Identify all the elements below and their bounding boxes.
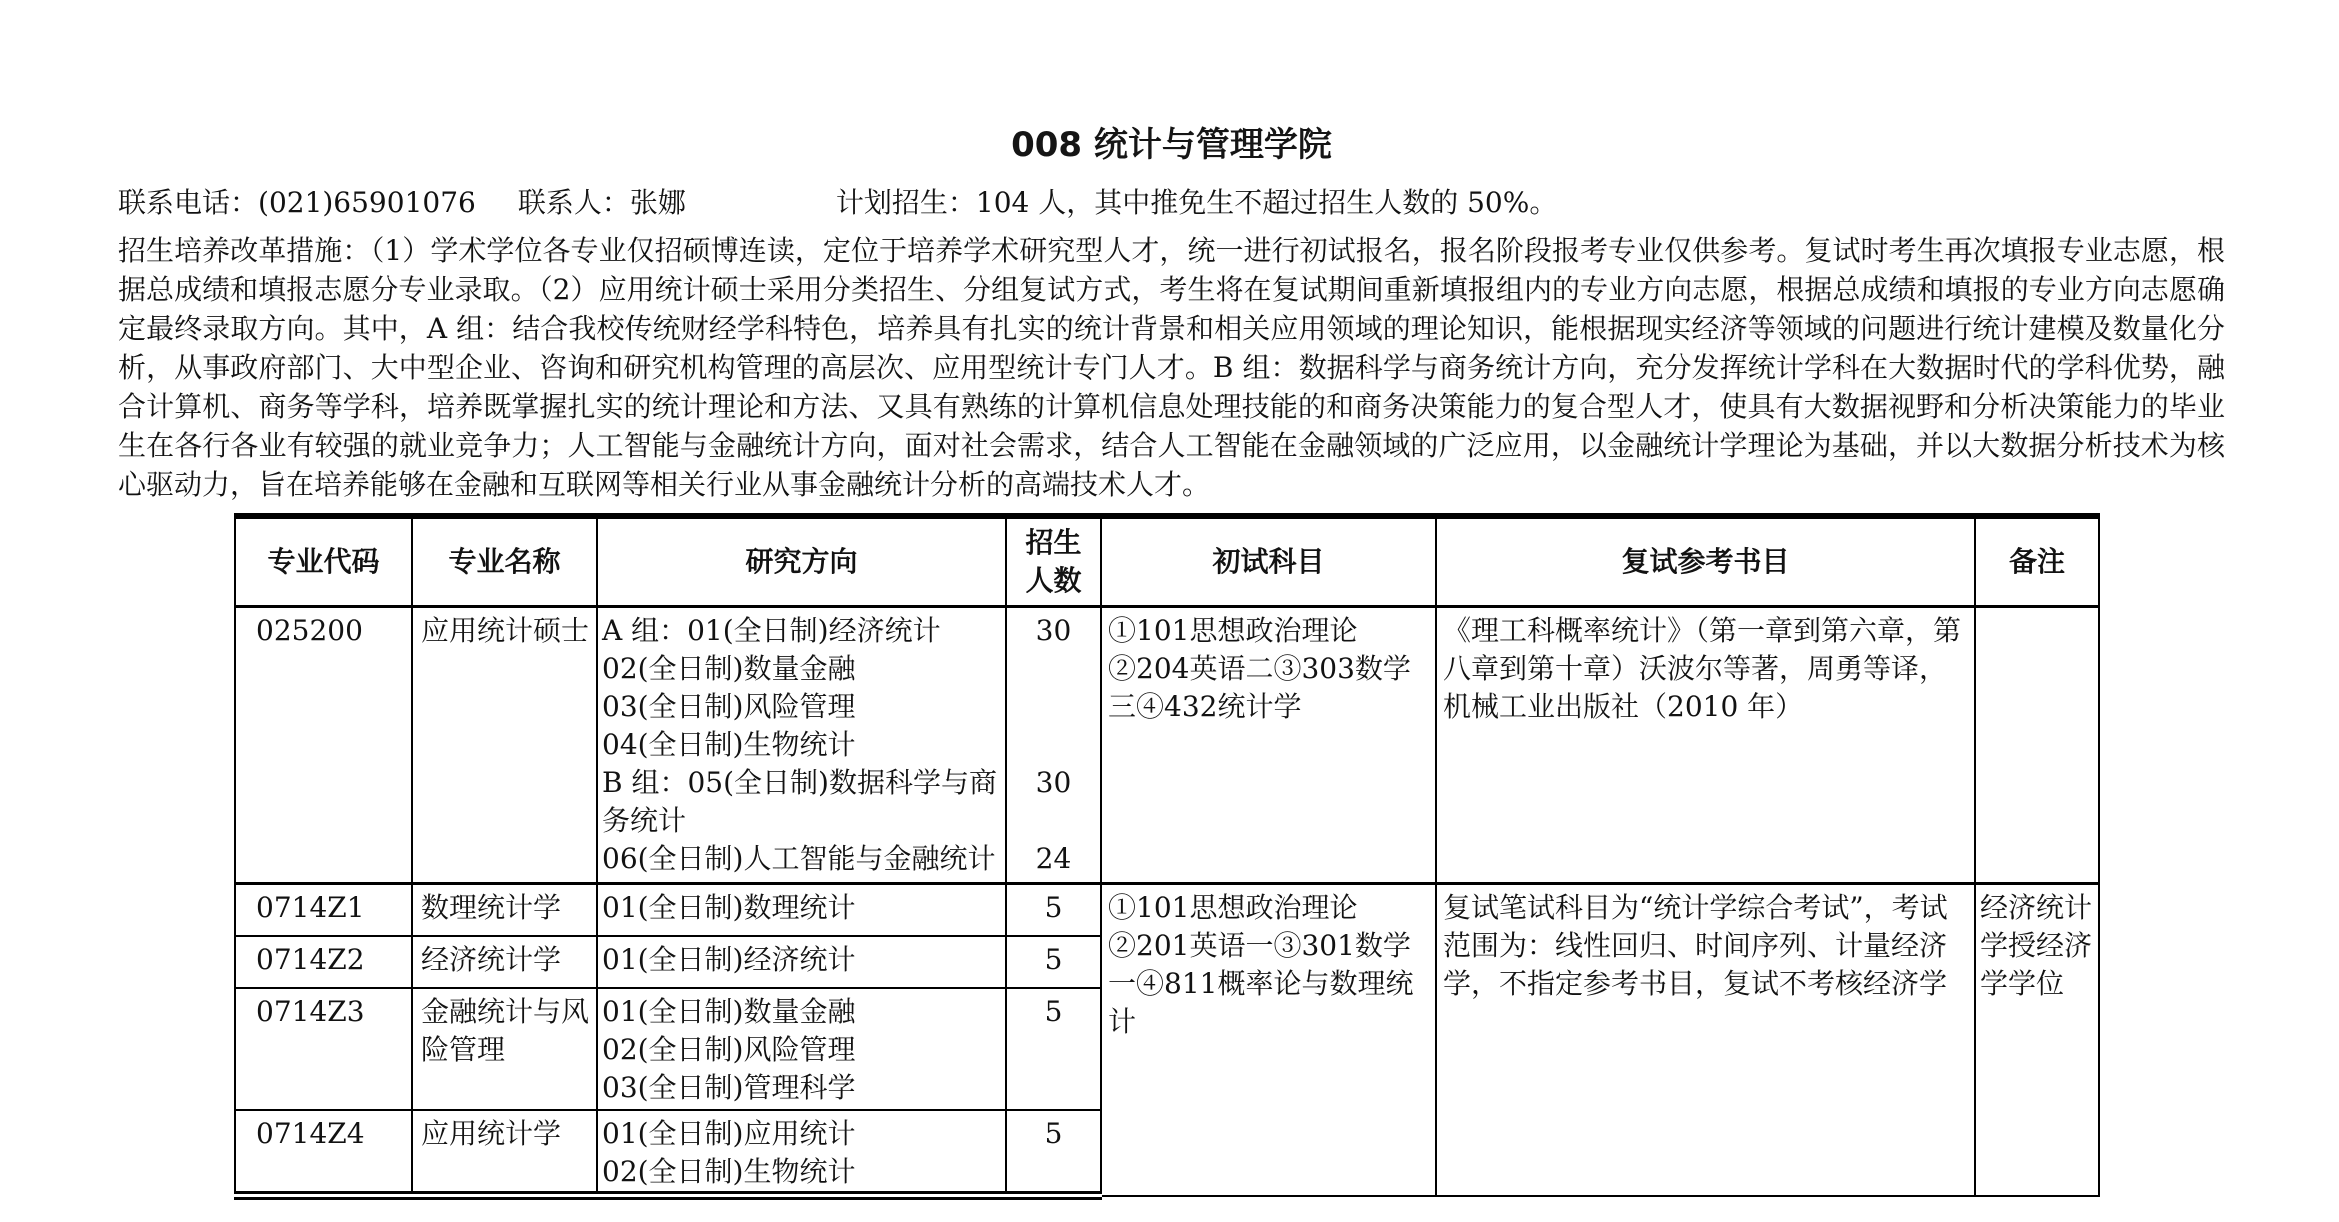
cell-major-code: 0714Z1 bbox=[235, 884, 412, 937]
table-header-row: 专业代码 专业名称 研究方向 招生人数 初试科目 复试参考书目 备注 bbox=[235, 516, 2099, 607]
header-enrollment-count: 招生人数 bbox=[1006, 516, 1101, 607]
admission-reform-paragraph: 招生培养改革措施：（1）学术学位各专业仅招硕博连读，定位于培养学术研究型人才，统… bbox=[118, 231, 2225, 504]
header-retest-books: 复试参考书目 bbox=[1436, 516, 1975, 607]
enrollment-plan-value: 104 人，其中推免生不超过招生人数的 50%。 bbox=[976, 186, 1557, 219]
cell-remarks-merged: 经济统计学授经济学学位 bbox=[1975, 884, 2099, 1196]
cell-research-directions: 01(全日制)应用统计 02(全日制)生物统计 bbox=[597, 1110, 1006, 1196]
header-research-direction: 研究方向 bbox=[597, 516, 1006, 607]
cell-initial-exam: ①101思想政治理论②204英语二③303数学三④432统计学 bbox=[1101, 607, 1436, 884]
header-initial-exam: 初试科目 bbox=[1101, 516, 1436, 607]
contact-phone-value: (021)65901076 bbox=[258, 186, 476, 219]
table-row: 025200 应用统计硕士 A 组：01(全日制)经济统计 02(全日制)数量金… bbox=[235, 607, 2099, 884]
cell-enrollment-count: 30 30 24 bbox=[1006, 607, 1101, 884]
direction-line: B 组：05(全日制)数据科学与商务统计 bbox=[602, 764, 1003, 840]
direction-line: 01(全日制)数理统计 bbox=[602, 889, 1003, 927]
cell-major-name: 经济统计学 bbox=[412, 936, 597, 988]
direction-line: 01(全日制)经济统计 bbox=[602, 941, 1003, 979]
cell-initial-exam-merged: ①101思想政治理论②201英语一③301数学一④811概率论与数理统计 bbox=[1101, 884, 1436, 1196]
cell-major-code: 0714Z4 bbox=[235, 1110, 412, 1196]
direction-line: 02(全日制)风险管理 bbox=[602, 1031, 1003, 1069]
direction-line: 01(全日制)数量金融 bbox=[602, 993, 1003, 1031]
cell-major-name: 金融统计与风险管理 bbox=[412, 988, 597, 1110]
header-remarks: 备注 bbox=[1975, 516, 2099, 607]
contact-line: 联系电话：(021)65901076联系人：张娜计划招生：104 人，其中推免生… bbox=[118, 183, 2225, 222]
direction-line: 03(全日制)管理科学 bbox=[602, 1069, 1003, 1107]
direction-line: 02(全日制)数量金融 bbox=[602, 650, 1003, 688]
contact-person: 联系人：张娜 bbox=[518, 183, 686, 222]
cell-research-directions: 01(全日制)数量金融 02(全日制)风险管理 03(全日制)管理科学 bbox=[597, 988, 1006, 1110]
direction-line: 03(全日制)风险管理 bbox=[602, 688, 1003, 726]
cell-enrollment-count: 5 bbox=[1006, 988, 1101, 1110]
table-row: 0714Z1 数理统计学 01(全日制)数理统计 5 ①101思想政治理论②20… bbox=[235, 884, 2099, 937]
header-major-name: 专业名称 bbox=[412, 516, 597, 607]
contact-person-label: 联系人： bbox=[518, 186, 630, 219]
direction-line: 06(全日制)人工智能与金融统计 bbox=[602, 840, 1003, 878]
cell-remarks bbox=[1975, 607, 2099, 884]
direction-line: 02(全日制)生物统计 bbox=[602, 1153, 1003, 1191]
page-title: 008 统计与管理学院 bbox=[118, 122, 2225, 168]
document-page: 008 统计与管理学院 联系电话：(021)65901076联系人：张娜计划招生… bbox=[0, 0, 2339, 1222]
direction-line: 04(全日制)生物统计 bbox=[602, 726, 1003, 764]
cell-major-code: 025200 bbox=[235, 607, 412, 884]
header-major-code: 专业代码 bbox=[235, 516, 412, 607]
cell-enrollment-count: 5 bbox=[1006, 936, 1101, 988]
enrollment-direction-06: 24 bbox=[1007, 840, 1100, 878]
enrollment-group-a: 30 bbox=[1007, 612, 1100, 764]
cell-retest-books: 《理工科概率统计》（第一章到第六章，第八章到第十章）沃波尔等著，周勇等译，机械工… bbox=[1436, 607, 1975, 884]
programs-table: 专业代码 专业名称 研究方向 招生人数 初试科目 复试参考书目 备注 02520… bbox=[234, 513, 2100, 1200]
direction-line: A 组：01(全日制)经济统计 bbox=[602, 612, 1003, 650]
page-content: 008 统计与管理学院 联系电话：(021)65901076联系人：张娜计划招生… bbox=[118, 0, 2225, 1200]
direction-line: 01(全日制)应用统计 bbox=[602, 1115, 1003, 1153]
cell-enrollment-count: 5 bbox=[1006, 1110, 1101, 1196]
cell-major-name: 数理统计学 bbox=[412, 884, 597, 937]
cell-major-code: 0714Z3 bbox=[235, 988, 412, 1110]
enrollment-plan-label: 计划招生： bbox=[836, 186, 976, 219]
contact-person-value: 张娜 bbox=[630, 186, 686, 219]
enrollment-group-b: 30 bbox=[1007, 764, 1100, 840]
enrollment-plan: 计划招生：104 人，其中推免生不超过招生人数的 50%。 bbox=[836, 183, 1558, 222]
cell-major-name: 应用统计硕士 bbox=[412, 607, 597, 884]
cell-research-directions: 01(全日制)经济统计 bbox=[597, 936, 1006, 988]
cell-research-directions: 01(全日制)数理统计 bbox=[597, 884, 1006, 937]
cell-major-name: 应用统计学 bbox=[412, 1110, 597, 1196]
contact-phone-label: 联系电话： bbox=[118, 186, 258, 219]
contact-phone: 联系电话：(021)65901076 bbox=[118, 183, 476, 222]
cell-research-directions: A 组：01(全日制)经济统计 02(全日制)数量金融 03(全日制)风险管理 … bbox=[597, 607, 1006, 884]
cell-retest-books-merged: 复试笔试科目为“统计学综合考试”，考试范围为：线性回归、时间序列、计量经济学，不… bbox=[1436, 884, 1975, 1196]
cell-major-code: 0714Z2 bbox=[235, 936, 412, 988]
cell-enrollment-count: 5 bbox=[1006, 884, 1101, 937]
